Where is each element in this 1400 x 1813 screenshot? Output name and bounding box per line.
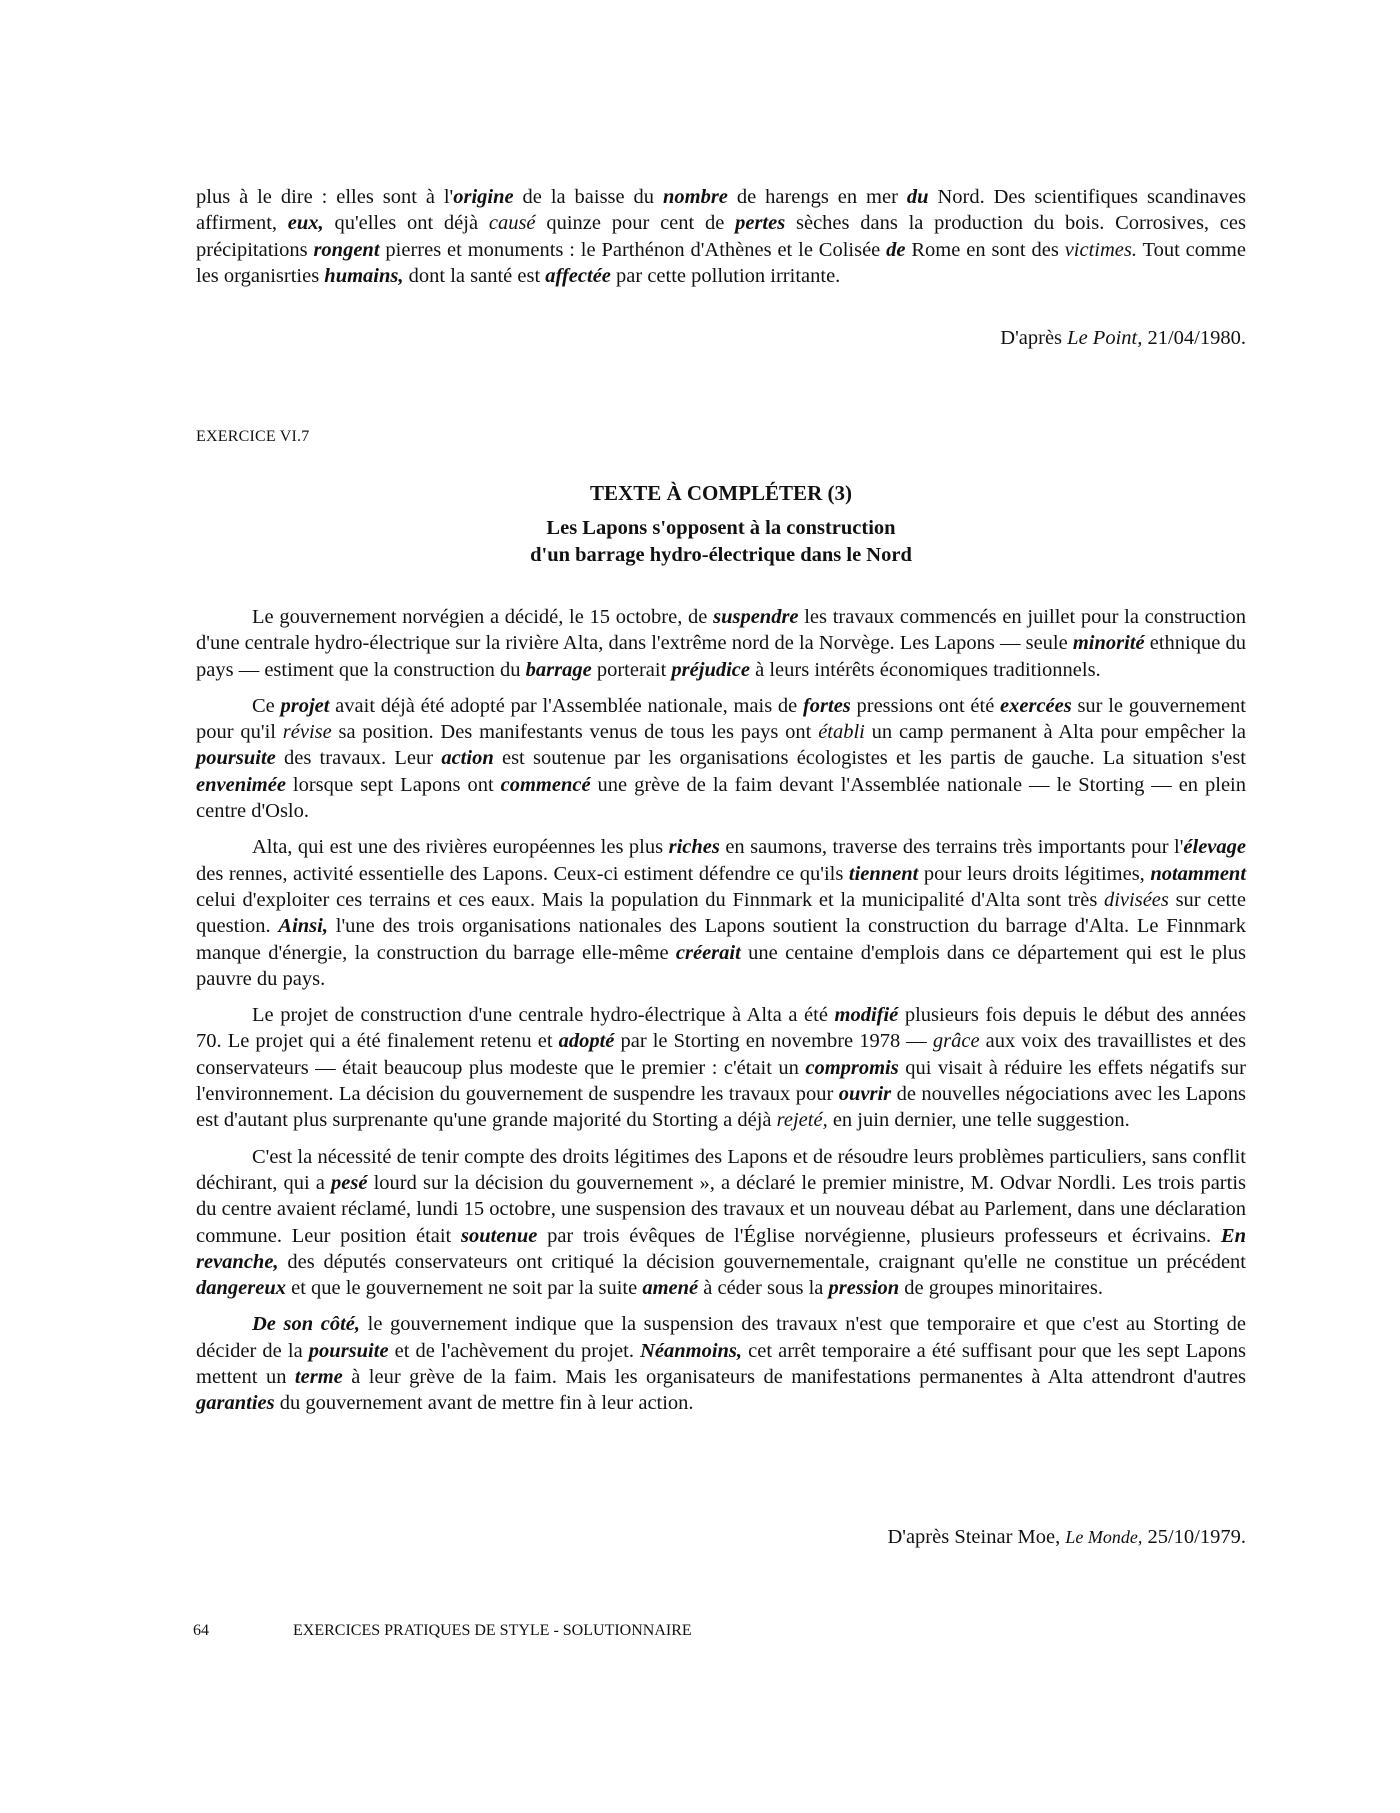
- exercise-subtitle-line-1: Les Lapons s'opposent à la construction: [196, 515, 1246, 542]
- answer-word: pesé: [331, 1172, 367, 1194]
- answer-word: origine: [453, 186, 513, 208]
- answer-word: amené: [642, 1277, 698, 1299]
- text-run: en saumons, traverse des terrains très i…: [720, 836, 1184, 858]
- text-run: plus à le dire : elles sont à l': [196, 186, 453, 208]
- exercise-attribution: D'après Steinar Moe, Le Monde, 25/10/197…: [196, 1524, 1246, 1550]
- answer-word: poursuite: [196, 747, 276, 769]
- text-run: pour leurs droits légitimes,: [918, 863, 1150, 885]
- answer-word: dangereux: [196, 1277, 286, 1299]
- text-run: des rennes, activité essentielle des Lap…: [196, 863, 849, 885]
- answer-word: adopté: [559, 1030, 615, 1052]
- answer-word: minorité: [1073, 632, 1145, 654]
- answer-word: modifié: [835, 1004, 899, 1026]
- paragraph-3: Alta, qui est une des rivières européenn…: [196, 834, 1246, 992]
- previous-attribution: D'après Le Point, 21/04/1980.: [196, 325, 1246, 351]
- text-run: quinze pour cent de: [536, 212, 736, 234]
- paragraph-1: Le gouvernement norvégien a décidé, le 1…: [196, 604, 1246, 683]
- text-run: et de l'achèvement du projet.: [389, 1340, 641, 1362]
- answer-word: envenimée: [196, 774, 286, 796]
- answer-word: humains,: [324, 265, 403, 287]
- answer-word: De son côté,: [252, 1313, 360, 1335]
- italic-word: établi: [818, 721, 865, 743]
- paragraph-4: Le projet de construction d'une centrale…: [196, 1002, 1246, 1133]
- exercise-label: EXERCICE VI.7: [196, 428, 1246, 446]
- page-number: 64: [193, 1622, 209, 1640]
- answer-word: de: [886, 239, 905, 261]
- answer-word: poursuite: [309, 1340, 389, 1362]
- running-footer-title: EXERCICES PRATIQUES DE STYLE - SOLUTIONN…: [293, 1622, 692, 1640]
- text-run: de la baisse du: [514, 186, 663, 208]
- answer-word: eux,: [288, 212, 324, 234]
- answer-word: suspendre: [713, 606, 798, 628]
- text-run: et que le gouvernement ne soit par la su…: [286, 1277, 642, 1299]
- answer-word: créerait: [676, 942, 741, 964]
- text-run: à leur grève de la faim. Mais les organi…: [343, 1366, 1246, 1388]
- italic-word: divisées: [1104, 889, 1169, 911]
- text-run: des travaux. Leur: [276, 747, 442, 769]
- exercise-heading: TEXTE À COMPLÉTER (3) Les Lapons s'oppos…: [196, 480, 1246, 568]
- answer-word: préjudice: [671, 659, 750, 681]
- text-run: par cette pollution irritante.: [611, 265, 840, 287]
- answer-word: barrage: [526, 659, 592, 681]
- paragraph-6: De son côté, le gouvernement indique que…: [196, 1311, 1246, 1416]
- text-run: en juin dernier, une telle suggestion.: [828, 1109, 1130, 1131]
- text-run: Rome en sont des: [906, 239, 1065, 261]
- text-run: à céder sous la: [698, 1277, 828, 1299]
- exercise-title: TEXTE À COMPLÉTER (3): [196, 480, 1246, 507]
- text-run: Le projet de construction d'une centrale…: [252, 1004, 835, 1026]
- paragraph-2: Ce projet avait déjà été adopté par l'As…: [196, 693, 1246, 824]
- answer-word: nombre: [663, 186, 728, 208]
- italic-word: victimes.: [1065, 239, 1137, 261]
- text-run: par trois évêques de l'Église norvégienn…: [537, 1225, 1221, 1247]
- text-run: celui d'exploiter ces terrains et ces ea…: [196, 889, 1104, 911]
- answer-word: Ainsi,: [278, 915, 328, 937]
- answer-word: projet: [281, 695, 330, 717]
- text-run: du gouvernement avant de mettre fin à le…: [275, 1392, 694, 1414]
- answer-word: rongent: [313, 239, 379, 261]
- text-run: Alta, qui est une des rivières européenn…: [252, 836, 669, 858]
- text-run: est soutenue par les organisations écolo…: [494, 747, 1246, 769]
- text-run: pressions ont été: [851, 695, 1000, 717]
- text-run: sa position. Des manifestants venus de t…: [332, 721, 818, 743]
- attribution-source: Le Monde,: [1065, 1527, 1142, 1547]
- text-run: par le Storting en novembre 1978 —: [614, 1030, 932, 1052]
- previous-text-block: plus à le dire : elles sont à l'origine …: [196, 184, 1246, 289]
- answer-word: tiennent: [849, 863, 919, 885]
- exercise-body: Le gouvernement norvégien a décidé, le 1…: [196, 604, 1246, 1417]
- italic-word: rejeté,: [777, 1109, 828, 1131]
- answer-word: notamment: [1150, 863, 1246, 885]
- answer-word: action: [441, 747, 493, 769]
- answer-word: riches: [669, 836, 720, 858]
- text-run: des députés conservateurs ont critiqué l…: [279, 1251, 1246, 1273]
- answer-word: compromis: [805, 1057, 898, 1079]
- text-run: avait déjà été adopté par l'Assemblée na…: [329, 695, 802, 717]
- answer-word: terme: [295, 1366, 343, 1388]
- answer-word: élevage: [1183, 836, 1246, 858]
- answer-word: ouvrir: [839, 1083, 891, 1105]
- text-run: Le gouvernement norvégien a décidé, le 1…: [252, 606, 713, 628]
- answer-word: Néanmoins,: [640, 1340, 742, 1362]
- text-run: à leurs intérêts économiques traditionne…: [750, 659, 1101, 681]
- text-run: de groupes minoritaires.: [899, 1277, 1103, 1299]
- text-run: pierres et monuments : le Parthénon d'At…: [380, 239, 887, 261]
- italic-word: grâce: [933, 1030, 980, 1052]
- answer-word: commencé: [501, 774, 591, 796]
- text-run: porterait: [592, 659, 672, 681]
- text-run: de harengs en mer: [728, 186, 907, 208]
- text-run: dont la santé est: [404, 265, 546, 287]
- text-run: Ce: [252, 695, 281, 717]
- text-run: qu'elles ont déjà: [324, 212, 489, 234]
- italic-word: révise: [283, 721, 332, 743]
- paragraph-5: C'est la nécessité de tenir compte des d…: [196, 1144, 1246, 1302]
- answer-word: pertes: [735, 212, 785, 234]
- attribution-date: 21/04/1980.: [1142, 327, 1246, 349]
- attribution-prefix: D'après: [1000, 327, 1067, 349]
- attribution-prefix: D'après Steinar Moe,: [887, 1526, 1065, 1548]
- answer-word: affectée: [545, 265, 611, 287]
- italic-word: causé: [489, 212, 536, 234]
- answer-word: exercées: [1000, 695, 1072, 717]
- previous-paragraph: plus à le dire : elles sont à l'origine …: [196, 184, 1246, 289]
- attribution-source: Le Point,: [1067, 327, 1142, 349]
- text-run: lorsque sept Lapons ont: [286, 774, 501, 796]
- answer-word: garanties: [196, 1392, 275, 1414]
- answer-word: soutenue: [461, 1225, 537, 1247]
- exercise-subtitle-line-2: d'un barrage hydro-électrique dans le No…: [196, 542, 1246, 569]
- text-run: un camp permanent à Alta pour empêcher l…: [865, 721, 1246, 743]
- answer-word: du: [907, 186, 929, 208]
- answer-word: fortes: [803, 695, 851, 717]
- attribution-date: 25/10/1979.: [1142, 1526, 1246, 1548]
- answer-word: pression: [829, 1277, 900, 1299]
